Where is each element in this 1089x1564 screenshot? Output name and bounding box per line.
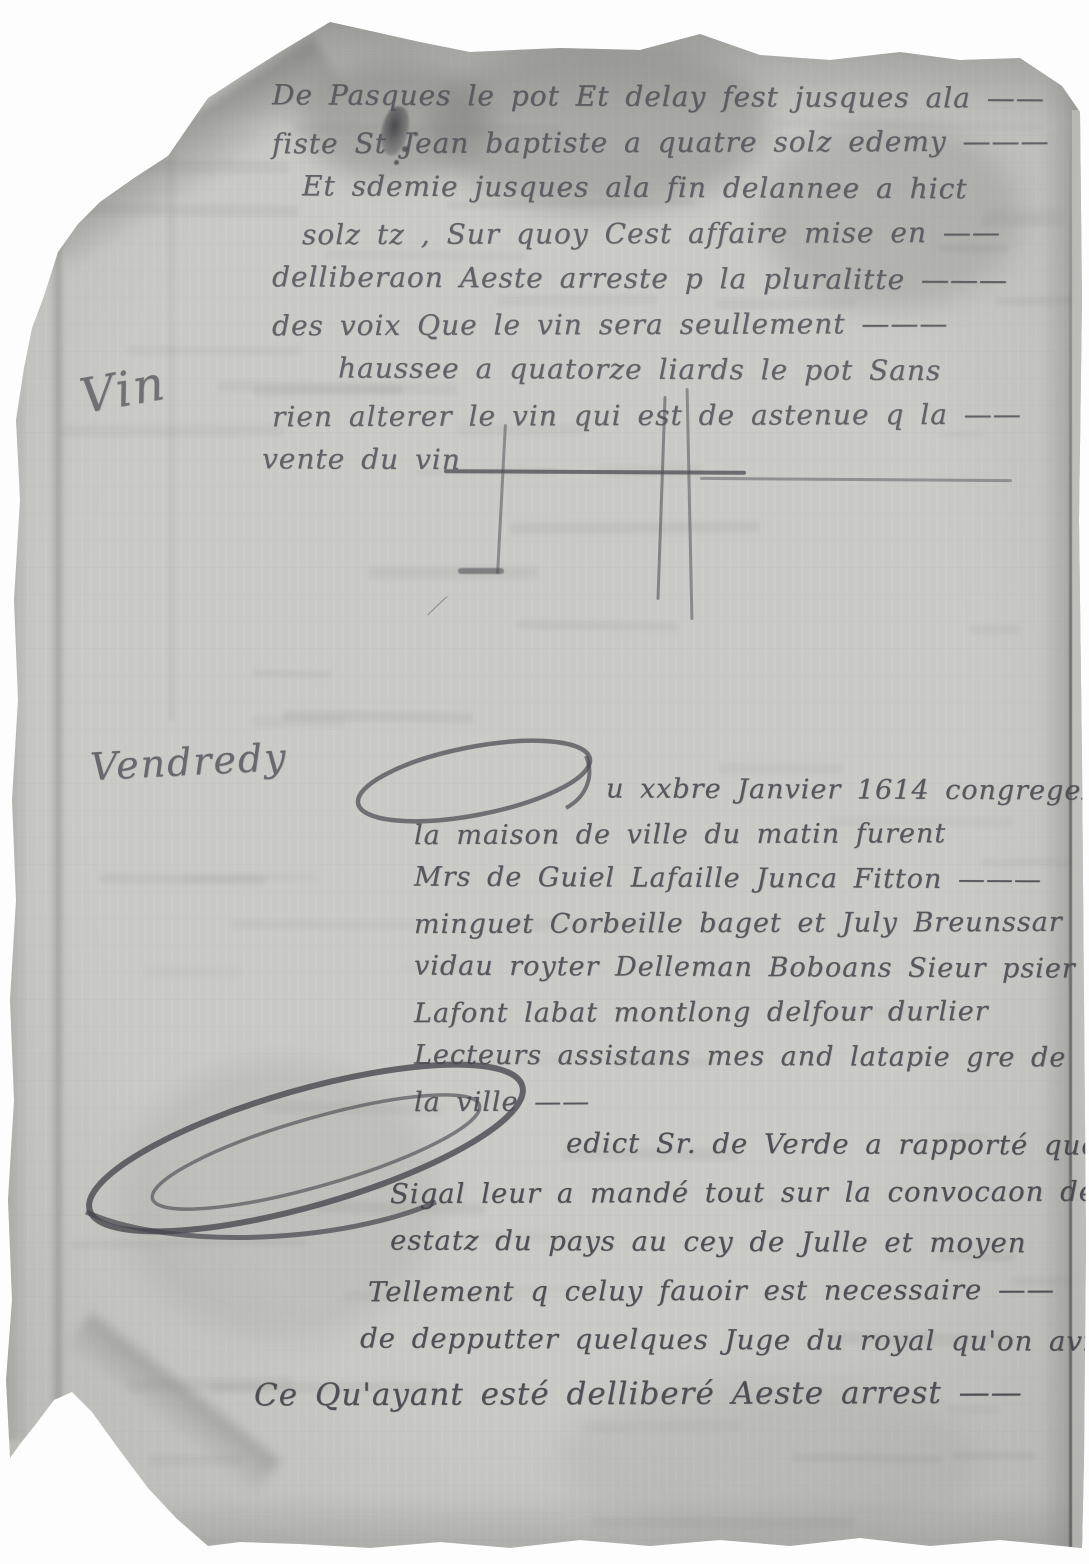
ghost-stroke [516, 620, 679, 631]
ghost-stroke [251, 715, 345, 728]
ghost-stroke [792, 1453, 941, 1464]
ghost-stroke [583, 1420, 743, 1432]
ghost-stroke [232, 919, 422, 931]
ghost-stroke [100, 873, 265, 884]
estates-line-5: de depputter quelques Juge du royal qu'o… [360, 1314, 1050, 1366]
wine-price-line-3: Et sdemie jusques ala fin delannee a hic… [302, 163, 1032, 212]
session-line-3: Mrs de Guiel Lafaille Junca Fitton ——— [414, 856, 1054, 903]
bottom-edge-shading [0, 1494, 1089, 1550]
session-line-1: u xxbre Janvier 1614 congregez dans [414, 767, 1054, 814]
session-line-6: Lafont labat montlong delfour durlier [414, 989, 1054, 1036]
ghost-stroke [183, 873, 318, 883]
wine-price-line-1: De Pasques le pot Et delay fest jusques … [272, 72, 1032, 121]
ghost-stroke [283, 710, 473, 724]
ghost-stroke [60, 424, 285, 437]
estates-line-3: estatz du pays au cey de Julle et moyen [390, 1217, 1050, 1269]
ghost-stroke [81, 203, 299, 218]
faint-crease [166, 60, 176, 720]
strike-mark [458, 568, 504, 574]
estates-line-2: Sigal leur a mandé tout sur la convocaon… [390, 1168, 1050, 1219]
estates-line-6: Ce Qu'ayant esté delliberé Aeste arrest … [254, 1369, 1050, 1421]
wine-price-line-2: fiste St Jean baptiste a quatre solz ede… [272, 118, 1032, 166]
paragraph-wine-price: De Pasques le pot Et delay fest jusques … [272, 74, 1032, 484]
wine-price-line-7: haussee a quatorze liards le pot Sans [338, 345, 1032, 394]
session-line-5: vidau royter Delleman Boboans Sieur psie… [414, 945, 1054, 992]
ghost-stroke [509, 521, 759, 534]
ghost-stroke [252, 670, 332, 679]
session-line-4: minguet Corbeille baget et July Breunssa… [414, 900, 1054, 947]
ghost-stroke [592, 1517, 855, 1529]
ghost-stroke [84, 159, 289, 173]
manuscript-scan: Vin Vendredy De Pasques le pot Et delay … [0, 0, 1089, 1564]
ghost-stroke [145, 966, 243, 975]
wine-price-line-5: delliberaon Aeste arreste p la pluralitt… [272, 254, 1032, 303]
ghost-stroke [970, 625, 1021, 634]
session-line-2: la maison de ville du matin furent [414, 811, 1054, 858]
manuscript-page: Vin Vendredy De Pasques le pot Et delay … [0, 0, 1089, 1564]
ghost-stroke [368, 566, 539, 579]
ghost-stroke [952, 1452, 1036, 1459]
estates-line-4: Tellement q celuy fauoir est necessaire … [368, 1266, 1050, 1317]
ghost-stroke [149, 1455, 241, 1466]
wine-price-line-4: solz tz , Sur quoy Cest affaire mise en … [302, 209, 1032, 257]
vertical-fold-crease [50, 60, 66, 1540]
torn-corner-shading-bottom [63, 1313, 280, 1497]
wine-price-line-6: des voix Que le vin sera seullement ——— [272, 300, 1032, 348]
paragraph-estates-report: edict Sr. de Verde a rapporté que Mr leS… [390, 1120, 1050, 1419]
x-mark [426, 596, 466, 621]
margin-note-vin: Vin [76, 355, 171, 425]
estates-line-1: edict Sr. de Verde a rapporté que Mr le [390, 1119, 1050, 1171]
margin-note-vendredy: Vendredy [89, 735, 289, 789]
wine-price-line-8: rien alterer le vin qui est de astenue q… [272, 391, 1032, 439]
